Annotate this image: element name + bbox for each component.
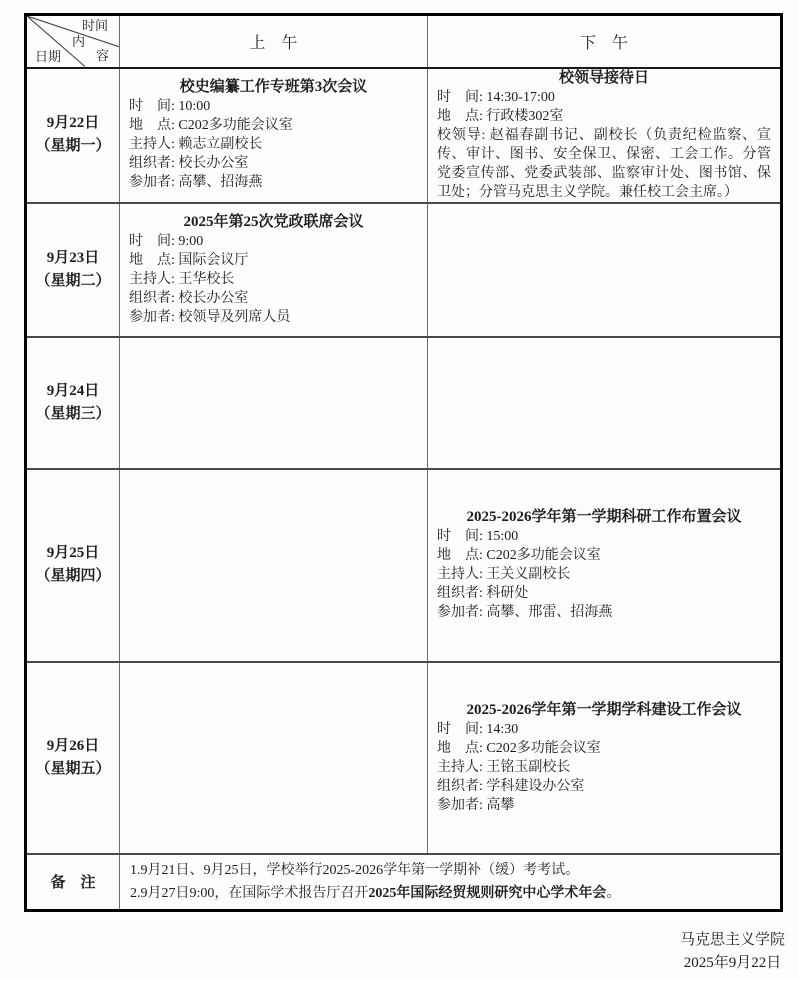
slot-tuesday-afternoon <box>428 203 782 337</box>
corner-label-content-bottom: 容 <box>96 49 109 63</box>
remarks-line-2-bold: 2025年国际经贸规则研究中心学术年会 <box>368 886 606 901</box>
slot-thursday-afternoon: 2025-2026学年第一学期科研工作布置会议 时 间: 15:00 地 点: … <box>428 469 782 662</box>
row-thursday: 9月25日 （星期四） 2025-2026学年第一学期科研工作布置会议 时 间:… <box>26 469 782 662</box>
row-monday: 9月22日 （星期一） 校史编纂工作专班第3次会议 时 间: 10:00 地 点… <box>26 68 782 203</box>
row-friday: 9月26日 （星期五） 2025-2026学年第一学期学科建设工作会议 时 间:… <box>26 662 782 854</box>
week-text: （星期一） <box>27 135 119 158</box>
remarks-line-1: 1.9月21日、9月25日，学校举行2025-2026学年第一学期补（缓）考考试… <box>120 859 780 882</box>
slot-wednesday-morning <box>120 337 428 469</box>
meeting-line: 主持人: 赖志立副校长 <box>129 135 418 154</box>
meeting-title: 2025-2026学年第一学期科研工作布置会议 <box>437 508 771 527</box>
meeting-line: 参加者: 高攀、招海燕 <box>129 173 418 192</box>
week-text: （星期四） <box>27 565 119 588</box>
signature-date: 2025年9月22日 <box>680 952 785 975</box>
meeting-block: 2025-2026学年第一学期科研工作布置会议 时 间: 15:00 地 点: … <box>428 508 780 622</box>
row-tuesday: 9月23日 （星期二） 2025年第25次党政联席会议 时 间: 9:00 地 … <box>26 203 782 337</box>
meeting-line: 地 点: C202多功能会议室 <box>129 116 418 135</box>
corner-label-time: 时间 <box>82 19 108 33</box>
meeting-line: 时 间: 9:00 <box>129 232 418 251</box>
afternoon-column-header: 下 午 <box>428 15 782 68</box>
morning-column-header: 上 午 <box>120 15 428 68</box>
meeting-line: 地 点: C202多功能会议室 <box>437 739 771 758</box>
remarks-line-2-prefix: 2.9月27日9:00，在国际学术报告厅召开 <box>130 886 368 901</box>
meeting-block: 校史编纂工作专班第3次会议 时 间: 10:00 地 点: C202多功能会议室… <box>120 78 427 192</box>
meeting-line: 参加者: 高攀 <box>437 796 771 815</box>
signature-block: 马克思主义学院 2025年9月22日 <box>680 929 785 975</box>
date-cell-thursday: 9月25日 （星期四） <box>26 469 120 662</box>
remarks-label: 备 注 <box>26 854 120 911</box>
slot-thursday-morning <box>120 469 428 662</box>
remarks-line-2: 2.9月27日9:00，在国际学术报告厅召开2025年国际经贸规则研究中心学术年… <box>120 882 780 905</box>
slot-tuesday-morning: 2025年第25次党政联席会议 时 间: 9:00 地 点: 国际会议厅 主持人… <box>120 203 428 337</box>
corner-label-date: 日期 <box>35 50 61 64</box>
date-cell-monday: 9月22日 （星期一） <box>26 68 120 203</box>
row-wednesday: 9月24日 （星期三） <box>26 337 782 469</box>
meeting-title: 校领导接待日 <box>437 69 771 88</box>
remarks-line-2-suffix: 。 <box>606 886 620 901</box>
meeting-line: 时 间: 15:00 <box>437 527 771 546</box>
meeting-block: 2025年第25次党政联席会议 时 间: 9:00 地 点: 国际会议厅 主持人… <box>120 213 427 327</box>
meeting-line: 时 间: 10:00 <box>129 97 418 116</box>
slot-friday-morning <box>120 662 428 854</box>
date-text: 9月26日 <box>27 735 119 758</box>
schedule-table: 时间 内 容 日期 上 午 下 午 9月22日 （星期一） 校史编纂工作专班第3… <box>24 13 783 912</box>
meeting-line: 地 点: 国际会议厅 <box>129 251 418 270</box>
meeting-line: 主持人: 王关义副校长 <box>437 565 771 584</box>
meeting-line: 组织者: 校长办公室 <box>129 154 418 173</box>
meeting-title: 2025-2026学年第一学期学科建设工作会议 <box>437 701 771 720</box>
signature-org: 马克思主义学院 <box>680 929 785 952</box>
meeting-line: 时 间: 14:30 <box>437 720 771 739</box>
meeting-title: 校史编纂工作专班第3次会议 <box>129 78 418 97</box>
meeting-line: 地 点: C202多功能会议室 <box>437 546 771 565</box>
meeting-block: 2025-2026学年第一学期学科建设工作会议 时 间: 14:30 地 点: … <box>428 701 780 815</box>
slot-monday-afternoon: 校领导接待日 时 间: 14:30-17:00 地 点: 行政楼302室 校领导… <box>428 68 782 203</box>
meeting-title: 2025年第25次党政联席会议 <box>129 213 418 232</box>
date-text: 9月24日 <box>27 380 119 403</box>
meeting-block: 校领导接待日 时 间: 14:30-17:00 地 点: 行政楼302室 校领导… <box>428 69 780 202</box>
slot-friday-afternoon: 2025-2026学年第一学期学科建设工作会议 时 间: 14:30 地 点: … <box>428 662 782 854</box>
week-text: （星期二） <box>27 270 119 293</box>
week-text: （星期三） <box>27 403 119 426</box>
corner-cell: 时间 内 容 日期 <box>26 15 120 68</box>
header-row: 时间 内 容 日期 上 午 下 午 <box>26 15 782 68</box>
meeting-line: 校领导: 赵福春副书记、副校长（负责纪检监察、宣传、审计、图书、安全保卫、保密、… <box>437 126 771 202</box>
meeting-line: 组织者: 学科建设办公室 <box>437 777 771 796</box>
meeting-line: 组织者: 科研处 <box>437 584 771 603</box>
slot-monday-morning: 校史编纂工作专班第3次会议 时 间: 10:00 地 点: C202多功能会议室… <box>120 68 428 203</box>
meeting-line: 主持人: 王铭玉副校长 <box>437 758 771 777</box>
meeting-line: 参加者: 高攀、邢雷、招海燕 <box>437 603 771 622</box>
date-cell-wednesday: 9月24日 （星期三） <box>26 337 120 469</box>
slot-wednesday-afternoon <box>428 337 782 469</box>
week-text: （星期五） <box>27 758 119 781</box>
schedule-page: 时间 内 容 日期 上 午 下 午 9月22日 （星期一） 校史编纂工作专班第3… <box>0 0 798 981</box>
date-text: 9月22日 <box>27 112 119 135</box>
corner-label-content-top: 内 <box>72 35 85 49</box>
date-cell-friday: 9月26日 （星期五） <box>26 662 120 854</box>
remarks-row: 备 注 1.9月21日、9月25日，学校举行2025-2026学年第一学期补（缓… <box>26 854 782 911</box>
date-cell-tuesday: 9月23日 （星期二） <box>26 203 120 337</box>
date-text: 9月23日 <box>27 247 119 270</box>
meeting-line: 参加者: 校领导及列席人员 <box>129 308 418 327</box>
remarks-body: 1.9月21日、9月25日，学校举行2025-2026学年第一学期补（缓）考考试… <box>120 854 782 911</box>
meeting-line: 时 间: 14:30-17:00 <box>437 88 771 107</box>
date-text: 9月25日 <box>27 542 119 565</box>
meeting-line: 组织者: 校长办公室 <box>129 289 418 308</box>
meeting-line: 主持人: 王华校长 <box>129 270 418 289</box>
meeting-line: 地 点: 行政楼302室 <box>437 107 771 126</box>
